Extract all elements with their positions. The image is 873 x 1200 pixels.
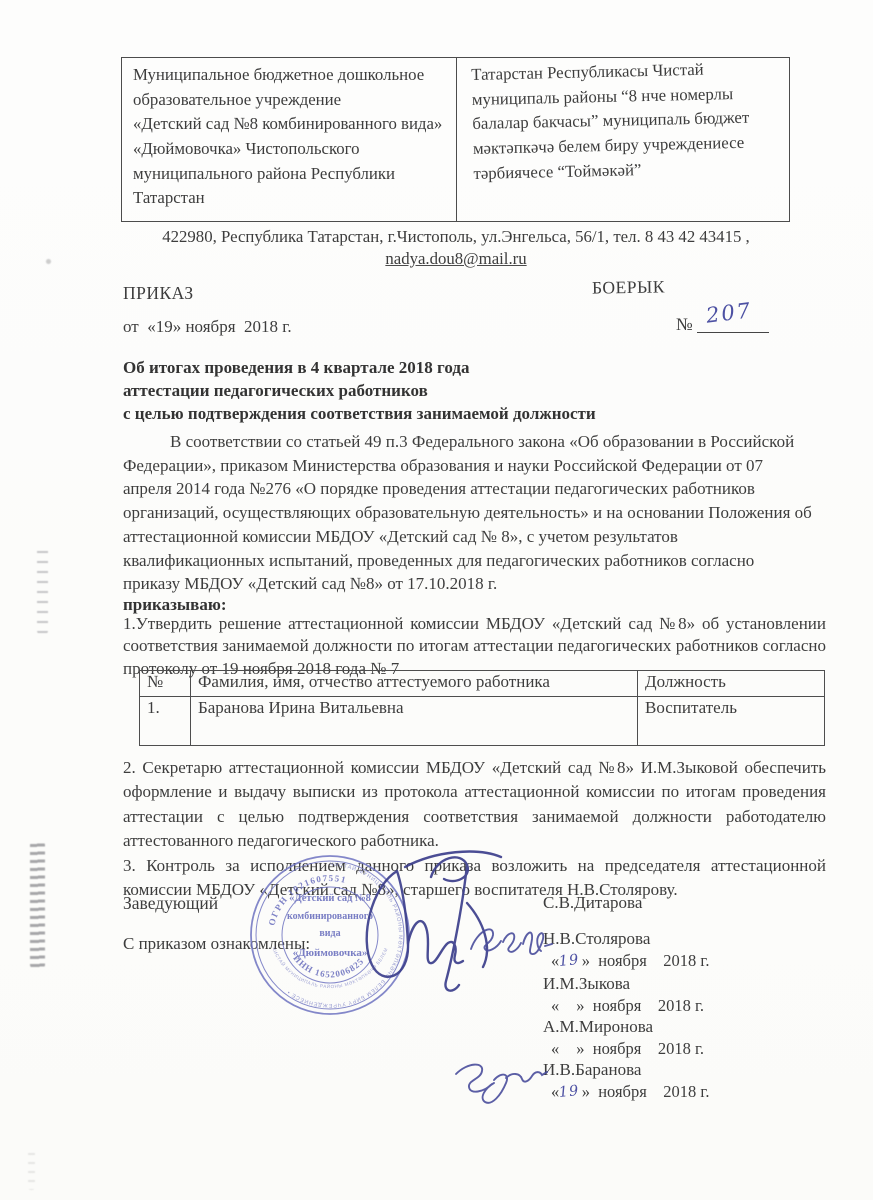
- acknowledgement-entry: А.М.Миронова «» ноября 2018 г.: [543, 1016, 709, 1059]
- org-name-tatar-cell: Татарстан Республикасы Чистай муниципаль…: [457, 58, 789, 221]
- org-header-table: Муниципальное бюджетное дошкольное образ…: [121, 57, 790, 222]
- order-item-2: 2. Секретарю аттестационной комиссии МБД…: [123, 756, 826, 854]
- acknowledgement-list: Н.В.Столярова «19» ноября 2018 г. И.М.Зы…: [543, 928, 709, 1104]
- acknowledged-date: «» ноября 2018 г.: [543, 995, 709, 1017]
- order-date: от «19» ноября 2018 г.: [123, 317, 292, 337]
- acknowledged-name: И.М.Зыкова: [543, 973, 709, 995]
- handwritten-day: [559, 1009, 574, 1011]
- handwritten-day: [559, 1052, 574, 1054]
- acknowledged-date: «19» ноября 2018 г.: [543, 950, 709, 974]
- handwritten-day: 19: [558, 1080, 581, 1104]
- email-row: nadya.dou8@mail.ru: [60, 249, 852, 269]
- baranova-signature: [448, 1050, 550, 1108]
- scanned-order-document: Муниципальное бюджетное дошкольное образ…: [0, 0, 873, 1200]
- cell-position: Воспитатель: [638, 697, 825, 746]
- acknowledged-date: «19» ноября 2018 г.: [543, 1081, 709, 1105]
- month-year: ноября 2018 г.: [590, 951, 710, 970]
- address-line: 422980, Республика Татарстан, г.Чистопол…: [60, 227, 852, 247]
- acknowledged-name: И.В.Баранова: [543, 1059, 709, 1081]
- handwritten-day: 19: [558, 949, 581, 973]
- acknowledged-name: А.М.Миронова: [543, 1016, 709, 1038]
- order-number-label: №: [676, 314, 693, 335]
- org-name-tatar: Татарстан Республикасы Чистай муниципаль…: [471, 56, 784, 186]
- month-year: ноября 2018 г.: [590, 1082, 710, 1101]
- email-text: nadya.dou8@mail.ru: [385, 249, 526, 268]
- scan-artifact: [28, 1150, 35, 1190]
- preamble-paragraph: В соответствии со статьей 49 п.3 Федерал…: [123, 430, 813, 596]
- col-number: №: [140, 671, 191, 697]
- quote-close: »: [576, 1039, 584, 1058]
- order-word-tatar: БОЕРЫК: [592, 276, 665, 298]
- scan-artifact: [44, 257, 53, 266]
- quote-close: »: [582, 1082, 590, 1101]
- cell-number: 1.: [140, 697, 191, 746]
- table-row: 1. Баранова Ирина Витальевна Воспитатель: [140, 697, 825, 746]
- scan-artifact: [30, 842, 45, 968]
- decree-word: приказываю:: [123, 595, 227, 615]
- director-name: С.В.Дитарова: [543, 893, 642, 913]
- order-number-line: [697, 332, 769, 333]
- acknowledged-name: Н.В.Столярова: [543, 928, 709, 950]
- order-subject: Об итогах проведения в 4 квартале 2018 г…: [123, 356, 723, 425]
- acknowledged-date: «» ноября 2018 г.: [543, 1038, 709, 1060]
- month-year: ноября 2018 г.: [585, 996, 705, 1015]
- quote-open: «: [551, 996, 559, 1015]
- quote-open: «: [551, 1039, 559, 1058]
- acknowledgement-entry: И.В.Баранова «19» ноября 2018 г.: [543, 1059, 709, 1104]
- col-name: Фамилия, имя, отчество аттестуемого рабо…: [191, 671, 638, 697]
- quote-close: »: [576, 996, 584, 1015]
- acknowledgement-entry: Н.В.Столярова «19» ноября 2018 г.: [543, 928, 709, 973]
- director-role: Заведующий: [123, 893, 218, 914]
- col-position: Должность: [638, 671, 825, 697]
- acknowledgement-entry: И.М.Зыкова «» ноября 2018 г.: [543, 973, 709, 1016]
- handwritten-order-number: 207: [705, 298, 754, 327]
- stamp-center-line3: вида: [319, 928, 340, 939]
- table-header-row: № Фамилия, имя, отчество аттестуемого ра…: [140, 671, 825, 697]
- month-year: ноября 2018 г.: [585, 1039, 705, 1058]
- scan-artifact: [37, 548, 48, 634]
- org-name-russian: Муниципальное бюджетное дошкольное образ…: [122, 58, 457, 221]
- quote-close: »: [582, 951, 590, 970]
- cell-name: Баранова Ирина Витальевна: [191, 697, 638, 746]
- stolyarova-signature: [466, 915, 554, 963]
- attestation-table: № Фамилия, имя, отчество аттестуемого ра…: [139, 670, 825, 746]
- order-word-russian: ПРИКАЗ: [123, 283, 194, 304]
